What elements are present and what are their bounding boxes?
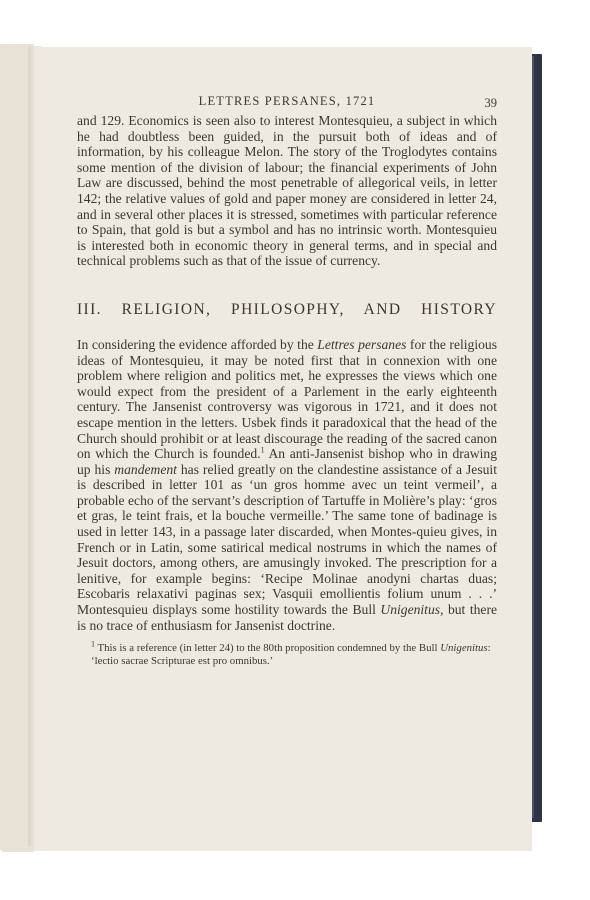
- italic-title: Unigenitus: [380, 602, 440, 617]
- paragraph-religion: In considering the evidence afforded by …: [77, 337, 497, 633]
- section-heading: III. RELIGION, PHILOSOPHY, AND HISTORY: [77, 301, 497, 319]
- text-run: has relied greatly on the clandestine as…: [77, 462, 497, 617]
- page-content: LETTRES PERSANES, 1721 39 and 129. Econo…: [77, 91, 497, 679]
- running-head: LETTRES PERSANES, 1721 39: [77, 91, 497, 113]
- book-page: LETTRES PERSANES, 1721 39 and 129. Econo…: [34, 47, 532, 851]
- italic-title: Lettres persanes: [317, 337, 406, 352]
- text-run: for the religious ideas of Montesquieu, …: [77, 337, 497, 461]
- footnote: 1 This is a reference (in letter 24) to …: [77, 642, 497, 668]
- footnote-text: This is a reference (in letter 24) to th…: [95, 642, 440, 654]
- page-number: 39: [485, 96, 498, 111]
- running-head-title: LETTRES PERSANES, 1721: [77, 94, 497, 109]
- italic-term: mandement: [114, 462, 177, 477]
- text-run: In considering the evidence afforded by …: [77, 337, 317, 352]
- paragraph-economics: and 129. Economics is seen also to inter…: [77, 113, 497, 269]
- italic-title: Unigenitus: [440, 642, 487, 654]
